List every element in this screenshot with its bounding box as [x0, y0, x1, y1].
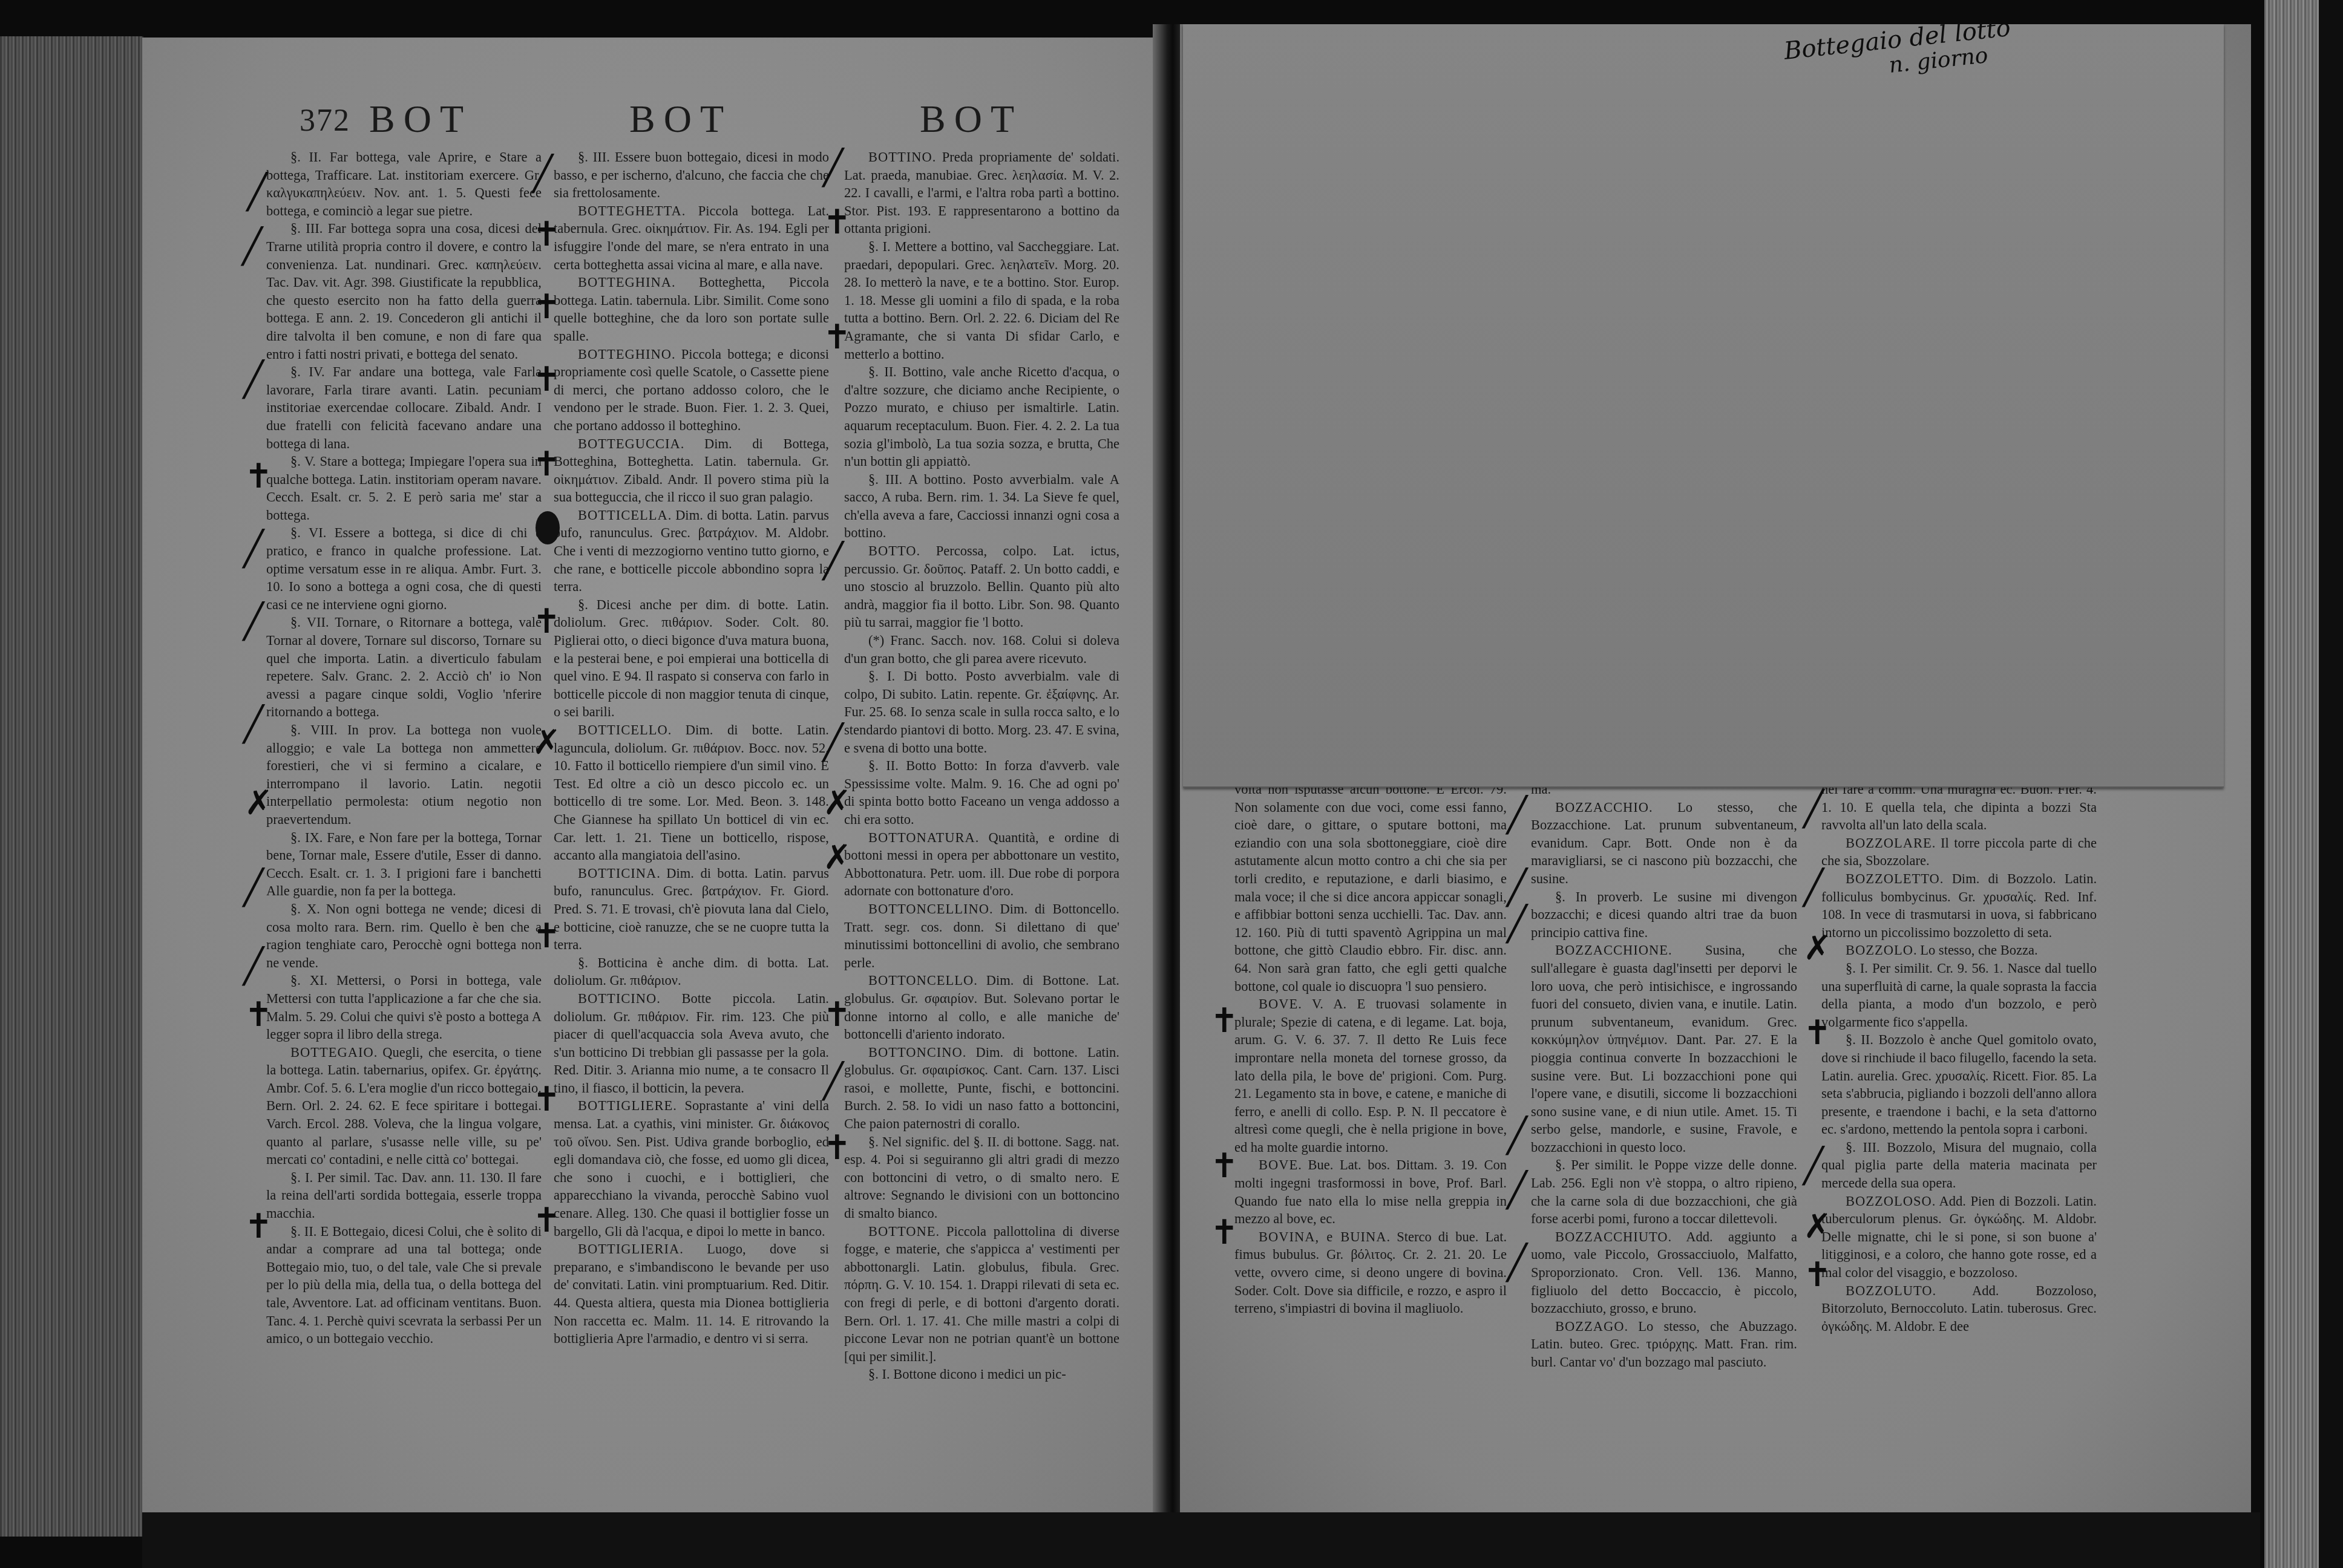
margin-cross-icon: ✝ [532, 605, 561, 639]
entry-text: Soprastante a' vini della mensa. Lat. a … [554, 1098, 829, 1238]
margin-tick-icon: ╱ [247, 175, 267, 209]
margin-tick-icon: ╱ [243, 950, 264, 984]
margin-cross-icon: ✝ [532, 920, 561, 953]
dictionary-entry: BOTTICELLO. Dim. di botte. Latin. lagunc… [554, 721, 829, 864]
entry-text: §. I. Per simil. Tac. Dav. ann. 11. 130.… [266, 1170, 542, 1221]
margin-cross-icon: ✝ [1803, 1016, 1832, 1050]
running-head-col3: BOT [920, 97, 1023, 142]
margin-tick-icon: ╱ [823, 544, 844, 578]
dictionary-entry: BOTTEGAIO. Quegli, che esercita, o tiene… [266, 1044, 542, 1169]
margin-tick-icon: ╱ [1803, 1149, 1824, 1183]
entry-headword: BOTTEGHINA [578, 275, 672, 290]
entry-headword: BOTTONE [868, 1224, 936, 1239]
dictionary-entry: BOVINA, e BUINA. Sterco di bue. Lat. fim… [1234, 1228, 1507, 1318]
margin-cross-icon: ✝ [532, 1083, 561, 1117]
entry-paragraph: §. III. Bozzolo, Misura del mugnaio, col… [1821, 1138, 2097, 1192]
entry-headword: BOZZAGO [1555, 1319, 1625, 1334]
entry-headword: BOTTONCELLO [868, 973, 974, 988]
margin-cross-icon: ✝ [244, 1210, 273, 1244]
entry-paragraph: §. II. Bottino, vale anche Ricetto d'acq… [844, 363, 1119, 471]
entry-paragraph: nel fare a comm. Una muraglia ec. Buon. … [1821, 780, 2097, 834]
entry-headword: BOZZOLO [1846, 942, 1913, 958]
margin-cross-icon: ✝ [1803, 1258, 1832, 1292]
entry-paragraph: §. Dicesi anche per dim. di botte. Latin… [554, 596, 829, 721]
entry-headword: BOTTIGLIERE [578, 1098, 673, 1113]
entry-text: §. III. A bottino. Posto avverbialm. val… [844, 472, 1119, 541]
entry-text: §. II. Bozzolo è anche Quel gomitolo ova… [1821, 1032, 2097, 1137]
entry-headword: BOZZACCHIO [1555, 800, 1649, 815]
table-surface-bottom [142, 1512, 2260, 1568]
dictionary-entry: BOTTEGUCCIA. Dim. di Bottega, Botteghina… [554, 435, 829, 506]
entry-headword: BOVE [1259, 996, 1298, 1011]
entry-text: Piccola pallottolina di diverse fogge, e… [844, 1224, 1119, 1364]
entry-text: §. In proverb. Le susine mi divengon boz… [1531, 889, 1797, 940]
entry-text: §. IV. Far andare una bottega, vale Farl… [266, 364, 542, 451]
entry-headword: BOTTONCELLINO [868, 901, 989, 916]
dictionary-entry: BOVE. Bue. Lat. bos. Dittam. 3. 19. Con … [1234, 1156, 1507, 1227]
dictionary-entry: BOTTO. Percossa, colpo. Lat. ictus, perc… [844, 542, 1119, 632]
dictionary-entry: BOTTIGLIERIA. Luogo, dove si preparano, … [554, 1240, 829, 1348]
entry-headword: BOVINA, e BUINA [1259, 1229, 1386, 1244]
margin-tick-icon: ╱ [823, 151, 844, 185]
entry-paragraph: §. I. Bottone dicono i medici un pic- [844, 1365, 1119, 1383]
entry-text: Susina, che sull'allegare è guasta dagl'… [1531, 942, 1797, 1155]
dictionary-entry: BOTTEGHINA. Botteghetta, Piccola bottega… [554, 273, 829, 345]
entry-paragraph: §. II. E Bottegaio, dicesi Colui, che è … [266, 1223, 542, 1348]
entry-text: §. II. E Bottegaio, dicesi Colui, che è … [266, 1224, 542, 1347]
entry-text: §. X. Non ogni bottega ne vende; dicesi … [266, 901, 542, 970]
dictionary-entry: BOTTONCELLO. Dim. di Bottone. Lat. globu… [844, 972, 1119, 1043]
entry-paragraph: §. IV. Far andare una bottega, vale Farl… [266, 363, 542, 452]
entry-paragraph: §. In proverb. Le susine mi divengon boz… [1531, 888, 1797, 942]
entry-headword: BOTTONATURA [868, 830, 975, 845]
entry-paragraph: §. I. Per similit. Cr. 9. 56. 1. Nasce d… [1821, 959, 2097, 1031]
entry-headword: BOTTICINO [578, 991, 657, 1006]
entry-headword: BOTTEGAIO [290, 1045, 374, 1060]
margin-x-icon: ✗ [823, 841, 851, 875]
entry-text: §. Per similit. le Poppe vizze delle don… [1531, 1157, 1797, 1226]
margin-x-icon: ✗ [1803, 1210, 1832, 1244]
entry-paragraph: §. IX. Fare, e Non fare per la bottega, … [266, 829, 542, 900]
entry-text: Luogo, dove si preparano, e s'imbandisco… [554, 1241, 829, 1346]
margin-tick-icon: ╱ [1507, 1119, 1527, 1153]
entry-headword: BOTTEGHINO [578, 347, 672, 362]
dictionary-entry: BOVE. V. A. E truovasi solamente in plur… [1234, 995, 1507, 1156]
entry-headword: BOTTINO [868, 149, 932, 165]
entry-paragraph: §. III. Far bottega sopra una cosa, dice… [266, 220, 542, 363]
margin-cross-icon: ✝ [532, 363, 561, 397]
dictionary-entry: BOTTONE. Piccola pallottolina di diverse… [844, 1223, 1119, 1366]
dictionary-entry: BOTTONCINO. Dim. di bottone. Latin. glob… [844, 1044, 1119, 1133]
dictionary-entry: BOZZOLOSO. Add. Pien di Bozzoli. Latin. … [1821, 1192, 2097, 1282]
dictionary-entry: BOTTINO. Preda propriamente de' soldati.… [844, 148, 1119, 238]
entry-paragraph: §. II. Far bottega, vale Aprire, e Stare… [266, 148, 542, 220]
margin-tick-icon: ╱ [1507, 907, 1527, 941]
margin-tick-icon: ╱ [1803, 871, 1824, 905]
entry-text: §. VIII. In prov. La bottega non vuole a… [266, 722, 542, 827]
entry-text: volta non isputasse alcun bottone. E Erc… [1234, 782, 1507, 994]
margin-x-icon: ✗ [1803, 932, 1832, 965]
entry-text: §. I. Per similit. Cr. 9. 56. 1. Nasce d… [1821, 961, 2097, 1030]
margin-cross-icon: ✝ [823, 998, 851, 1032]
left-page-column-2: §. III. Essere buon bottegaio, dicesi in… [554, 148, 829, 1348]
entry-text: §. III. Bozzolo, Misura del mugnaio, col… [1821, 1140, 2097, 1191]
margin-x-icon: ✗ [823, 786, 851, 820]
margin-cross-icon: ✝ [532, 218, 561, 252]
margin-cross-icon: ✝ [823, 1131, 851, 1165]
entry-text: §. VII. Tornare, o Ritornare a bottega, … [266, 615, 542, 719]
entry-text: §. III. Essere buon bottegaio, dicesi in… [554, 149, 829, 200]
left-page-column-3: BOTTINO. Preda propriamente de' soldati.… [844, 148, 1119, 1383]
dictionary-entry: BOZZAGO. Lo stesso, che Abuzzago. Latin.… [1531, 1318, 1797, 1371]
entry-text: §. I. Di botto. Posto avverbialm. vale d… [844, 668, 1119, 755]
entry-text: §. II. Botto Botto: In forza d'avverb. v… [844, 758, 1119, 827]
entry-text: V. A. E truovasi solamente in plurale; S… [1234, 996, 1507, 1155]
entry-paragraph: §. Per similit. le Poppe vizze delle don… [1531, 1156, 1797, 1227]
entry-headword: BOZZACCHIONE [1555, 942, 1668, 958]
entry-headword: BOTTICELLA [578, 508, 668, 523]
margin-tick-icon: ╱ [1803, 792, 1824, 826]
dictionary-entry: BOZZACCHIO. Lo stesso, che Bozzacchione.… [1531, 799, 1797, 888]
entry-paragraph: §. Botticina è anche dim. di botta. Lat.… [554, 954, 829, 990]
dictionary-entry: BOTTICINO. Botte piccola. Latin. doliolu… [554, 990, 829, 1097]
entry-paragraph: §. I. Di botto. Posto avverbialm. vale d… [844, 667, 1119, 757]
margin-tick-icon: ╱ [1507, 1246, 1527, 1280]
entry-text: §. XI. Mettersi, o Porsi in bottega, val… [266, 973, 542, 1042]
dictionary-entry: BOZZACCHIONE. Susina, che sull'allegare … [1531, 941, 1797, 1156]
margin-tick-icon: ╱ [532, 157, 553, 191]
entry-paragraph: §. VII. Tornare, o Ritornare a bottega, … [266, 613, 542, 721]
dictionary-entry: BOZZOLARE. Il torre piccola parte di che… [1821, 834, 2097, 870]
entry-text: §. Botticina è anche dim. di botta. Lat.… [554, 955, 829, 988]
entry-headword: BOTTO [868, 543, 917, 558]
entry-text: §. III. Far bottega sopra una cosa, dice… [266, 221, 542, 361]
dictionary-entry: BOZZOLUTO. Add. Bozzoloso, Bitorzoluto, … [1821, 1282, 2097, 1336]
entry-paragraph: §. X. Non ogni bottega ne vende; dicesi … [266, 900, 542, 972]
dictionary-entry: BOTTEGHETTA. Piccola bottega. Lat. taber… [554, 202, 829, 273]
margin-cross-icon: ✝ [1210, 1216, 1239, 1250]
entry-headword: BOZZOLETTO [1846, 871, 1940, 886]
entry-paragraph: §. Nel signific. del §. II. di bottone. … [844, 1133, 1119, 1223]
entry-headword: BOTTEGUCCIA [578, 436, 681, 451]
entry-headword: BOZZOLUTO [1846, 1283, 1933, 1298]
entry-text: nel fare a comm. Una muraglia ec. Buon. … [1821, 782, 2097, 832]
entry-paragraph: §. III. A bottino. Posto avverbialm. val… [844, 471, 1119, 542]
dictionary-entry: BOTTEGHINO. Piccola bottega; e diconsi p… [554, 345, 829, 435]
entry-text: §. IX. Fare, e Non fare per la bottega, … [266, 830, 542, 899]
right-page-column-2: ma.BOZZACCHIO. Lo stesso, che Bozzacchio… [1531, 780, 1797, 1371]
entry-headword: BOTTEGHETTA [578, 203, 682, 218]
margin-x-icon: ✗ [244, 786, 273, 820]
entry-text: §. Dicesi anche per dim. di botte. Latin… [554, 597, 829, 720]
margin-tick-icon: ╱ [823, 726, 844, 760]
margin-x-icon: ✗ [532, 726, 561, 760]
margin-tick-icon: ╱ [243, 708, 264, 742]
margin-cross-icon: ✝ [244, 998, 273, 1032]
entry-text: §. Nel signific. del §. II. di bottone. … [844, 1134, 1119, 1221]
page-number: 372 [300, 103, 350, 139]
ink-blot [536, 511, 560, 544]
entry-text: Botte piccola. Latin. doliolum. Gr. πιθά… [554, 991, 829, 1096]
margin-tick-icon: ╱ [242, 230, 263, 264]
margin-cross-icon: ✝ [1210, 1149, 1239, 1183]
dictionary-entry: BOTTIGLIERE. Soprastante a' vini della m… [554, 1097, 829, 1240]
entry-paragraph: §. II. Bozzolo è anche Quel gomitolo ova… [1821, 1031, 2097, 1138]
margin-cross-icon: ✝ [823, 321, 851, 354]
dictionary-entry: BOZZACCHIUTO. Add. aggiunto a uomo, vale… [1531, 1228, 1797, 1318]
entry-headword: BOTTONCINO [868, 1045, 963, 1060]
entry-headword: BOTTIGLIERIA [578, 1241, 680, 1256]
margin-cross-icon: ✝ [532, 290, 561, 324]
entry-text: §. I. Bottone dicono i medici un pic- [868, 1367, 1066, 1382]
margin-tick-icon: ╱ [243, 871, 264, 905]
margin-tick-icon: ╱ [1507, 1174, 1527, 1207]
dictionary-entry: BOTTICELLA. Dim. di botta. Latin. parvus… [554, 506, 829, 596]
margin-cross-icon: ✝ [823, 206, 851, 240]
margin-tick-icon: ╱ [823, 1065, 844, 1099]
entry-paragraph: §. I. Per simil. Tac. Dav. ann. 11. 130.… [266, 1169, 542, 1223]
entry-paragraph: §. I. Mettere a bottino, val Saccheggiar… [844, 238, 1119, 363]
entry-paragraph: (*) Franc. Sacch. nov. 168. Colui si dol… [844, 632, 1119, 667]
entry-paragraph: §. II. Botto Botto: In forza d'avverb. v… [844, 757, 1119, 828]
dictionary-entry: BOTTONATURA. Quantità, e ordine di botto… [844, 829, 1119, 900]
right-page-column-1: volta non isputasse alcun bottone. E Erc… [1234, 780, 1507, 1318]
entry-headword: BOZZOLOSO [1846, 1194, 1932, 1209]
margin-tick-icon: ╱ [243, 363, 264, 397]
entry-paragraph: §. V. Stare a bottega; Impiegare l'opera… [266, 452, 542, 524]
left-page-column-1: §. II. Far bottega, vale Aprire, e Stare… [266, 148, 542, 1348]
entry-paragraph: §. XI. Mettersi, o Porsi in bottega, val… [266, 972, 542, 1043]
entry-text: Dim. di botte. Latin. laguncula, doliolu… [554, 722, 829, 863]
margin-tick-icon: ╱ [1507, 871, 1527, 905]
blank-overlay-sheet [1183, 24, 2224, 788]
margin-cross-icon: ✝ [532, 1204, 561, 1238]
dictionary-entry: BOZZOLETTO. Dim. di Bozzolo. Latin. foll… [1821, 870, 2097, 941]
margin-tick-icon: ╱ [1507, 799, 1527, 832]
entry-paragraph: volta non isputasse alcun bottone. E Erc… [1234, 780, 1507, 995]
entry-paragraph: §. VIII. In prov. La bottega non vuole a… [266, 721, 542, 829]
margin-tick-icon: ╱ [243, 605, 264, 639]
running-head-col1: BOT [369, 97, 472, 142]
margin-cross-icon: ✝ [1210, 1004, 1239, 1038]
entry-headword: BOVE [1259, 1157, 1298, 1172]
page-stack-left-edge [0, 36, 143, 1537]
margin-cross-icon: ✝ [244, 460, 273, 494]
entry-text: Lo stesso, che Bozza. [1920, 942, 2037, 958]
running-head-col2: BOT [629, 97, 732, 142]
entry-text: §. V. Stare a bottega; Impiegare l'opera… [266, 454, 542, 523]
margin-tick-icon: ╱ [243, 532, 264, 566]
dictionary-entry: BOTTONCELLINO. Dim. di Bottoncello. Trat… [844, 900, 1119, 972]
entry-paragraph: §. VI. Essere a bottega, si dice di chi … [266, 524, 542, 613]
page-stack-right-edge [2264, 0, 2343, 1568]
entry-paragraph: §. III. Essere buon bottegaio, dicesi in… [554, 148, 829, 202]
entry-text: §. II. Far bottega, vale Aprire, e Stare… [266, 149, 542, 218]
entry-text: §. VI. Essere a bottega, si dice di chi … [266, 525, 542, 612]
entry-text: §. I. Mettere a bottino, val Saccheggiar… [844, 239, 1119, 362]
margin-cross-icon: ✝ [532, 448, 561, 482]
right-page-column-3: nel fare a comm. Una muraglia ec. Buon. … [1821, 780, 2097, 1335]
entry-headword: BOZZOLARE [1846, 835, 1932, 851]
entry-headword: BOZZACCHIUTO [1555, 1229, 1668, 1244]
entry-text: Quegli, che esercita, o tiene la bottega… [266, 1045, 542, 1168]
entry-text: (*) Franc. Sacch. nov. 168. Colui si dol… [844, 633, 1119, 666]
dictionary-entry: BOZZOLO. Lo stesso, che Bozza. [1821, 941, 2097, 959]
entry-text: §. II. Bottino, vale anche Ricetto d'acq… [844, 364, 1119, 469]
dictionary-entry: BOTTICINA. Dim. di botta. Latin. parvus … [554, 864, 829, 954]
entry-headword: BOTTICINA [578, 866, 657, 881]
entry-headword: BOTTICELLO [578, 722, 668, 737]
